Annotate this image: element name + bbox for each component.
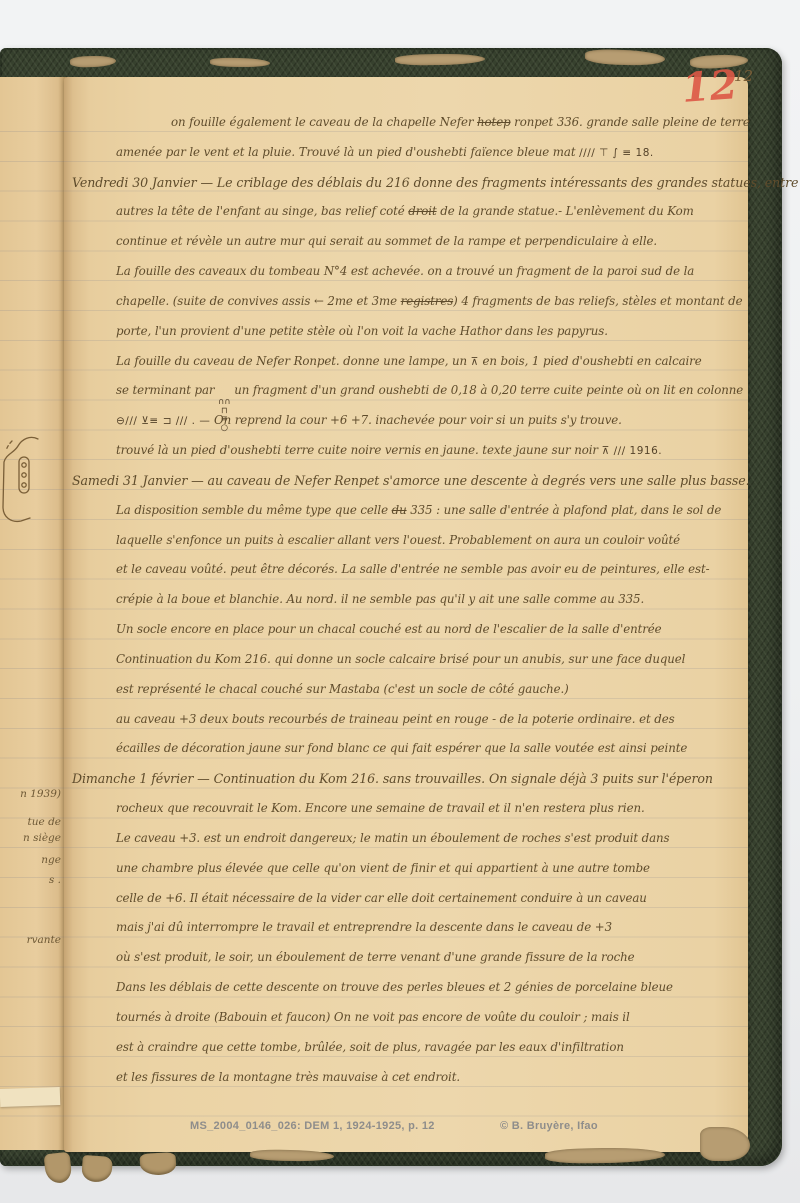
manuscript-line: Samedi 31 Janvier — au caveau de Nefer R… <box>64 466 748 496</box>
manuscript-line: Le caveau +3. est un endroit dangereux; … <box>64 824 748 854</box>
text-segment: crépie à la boue et blanchie. Au nord. i… <box>116 592 644 606</box>
margin-fragment: rvante <box>27 934 61 946</box>
footer-copyright: © B. Bruyère, Ifao <box>500 1120 598 1132</box>
text-segment: La fouille du caveau de Nefer Ronpet. do… <box>116 354 471 368</box>
manuscript-line: rocheux que recouvrait le Kom. Encore un… <box>64 794 748 824</box>
text-segment: est à craindre que cette tombe, brûlée, … <box>116 1040 624 1054</box>
cover-tatter <box>81 1155 113 1183</box>
manuscript-line: Dans les déblais de cette descente on tr… <box>64 973 748 1003</box>
manuscript-line: chapelle. (suite de convives assis ← 2me… <box>64 287 748 317</box>
manuscript-line: trouvé là un pied d'oushebti terre cuite… <box>64 436 748 466</box>
text-segment: Continuation du Kom 216. qui donne un so… <box>116 652 685 666</box>
manuscript-line: La disposition semble du même type que c… <box>64 496 748 526</box>
manuscript-line: tournés à droite (Babouin et faucon) On … <box>64 1003 748 1033</box>
manuscript-line: La fouille du caveau de Nefer Ronpet. do… <box>64 347 748 377</box>
manuscript-line: celle de +6. Il était nécessaire de la v… <box>64 884 748 914</box>
manuscript-line: est à craindre que cette tombe, brûlée, … <box>64 1033 748 1063</box>
manuscript-line: est représenté le chacal couché sur Mast… <box>64 675 748 705</box>
hieroglyph-segment: ⊼ <box>471 356 479 368</box>
manuscript-line: on fouille également le caveau de la cha… <box>64 108 748 138</box>
text-segment: au caveau +3 deux bouts recourbés de tra… <box>116 712 675 726</box>
text-segment: Samedi 31 Janvier — au caveau de Nefer R… <box>72 473 750 488</box>
manuscript-line: Dimanche 1 février — Continuation du Kom… <box>64 764 748 794</box>
text-segment: rocheux que recouvrait le Kom. Encore un… <box>116 801 645 815</box>
manuscript-line: et les fissures de la montagne très mauv… <box>64 1063 748 1093</box>
struck-text: registres <box>401 294 454 308</box>
manuscript-line: crépie à la boue et blanchie. Au nord. i… <box>64 585 748 615</box>
manuscript-page: on fouille également le caveau de la cha… <box>64 77 748 1152</box>
manuscript-line: Continuation du Kom 216. qui donne un so… <box>64 645 748 675</box>
manuscript-line: au caveau +3 deux bouts recourbés de tra… <box>64 705 748 735</box>
manuscript-line: La fouille des caveaux du tombeau N°4 es… <box>64 257 748 287</box>
text-segment: mais j'ai dû interrompre le travail et e… <box>116 920 612 934</box>
text-segment: Dans les déblais de cette descente on tr… <box>116 980 673 994</box>
text-segment: ronpet 336. grande salle pleine de terre <box>511 115 750 129</box>
text-segment: trouvé là un pied d'oushebti terre cuite… <box>116 443 602 457</box>
text-segment: en bois, 1 pied d'oushebti en calcaire <box>479 354 702 368</box>
text-segment: 335 : une salle d'entrée à plafond plat,… <box>407 503 722 517</box>
footer-reference: MS_2004_0146_026: DEM 1, 1924-1925, p. 1… <box>190 1120 435 1132</box>
text-segment: une chambre plus élevée que celle qu'on … <box>116 861 650 875</box>
struck-text: du <box>392 503 407 517</box>
text-segment: Vendredi 30 Janvier — Le criblage des dé… <box>72 175 798 190</box>
manuscript-line: porte, l'un provient d'une petite stèle … <box>64 317 748 347</box>
text-segment: ) 4 fragments de bas reliefs, stèles et … <box>453 294 742 308</box>
manuscript-line: continue et révèle un autre mur qui sera… <box>64 227 748 257</box>
manuscript-line: Un socle encore en place pour un chacal … <box>64 615 748 645</box>
manuscript-line: autres la tête de l'enfant au singe, bas… <box>64 197 748 227</box>
text-segment: autres la tête de l'enfant au singe, bas… <box>116 204 408 218</box>
text-segment: un fragment d'un grand oushebti de 0,18 … <box>231 383 744 397</box>
text-segment: de la grande statue.- L'enlèvement du Ko… <box>437 204 694 218</box>
margin-fragment: n siège <box>23 832 61 844</box>
ruled-lines <box>0 131 66 1131</box>
cover-wear-mark <box>700 1127 750 1161</box>
margin-fragment: n 1939) <box>20 788 61 800</box>
text-segment: La disposition semble du même type que c… <box>116 503 392 517</box>
page-number-stamp: 12 <box>680 61 739 112</box>
struck-text: hotep <box>477 115 510 129</box>
text-segment: Le caveau +3. est un endroit dangereux; … <box>116 831 670 845</box>
text-segment: se terminant par <box>116 383 218 397</box>
text-segment: écailles de décoration jaune sur fond bl… <box>116 741 687 755</box>
margin-fragment: tue de <box>28 816 61 828</box>
text-segment: porte, l'un provient d'une petite stèle … <box>116 324 608 338</box>
margin-fragment: nge <box>41 854 61 866</box>
manuscript-line: mais j'ai dû interrompre le travail et e… <box>64 913 748 943</box>
previous-page-sliver: n 1939)tue den siègenges .rvante <box>0 77 66 1150</box>
cover-wear-mark <box>210 57 270 67</box>
caption-bar: MS_2004_0146_026: DEM 1, 1924-1925, p. 1… <box>64 1120 748 1140</box>
margin-fragment: s . <box>49 874 61 886</box>
text-segment: Un socle encore en place pour un chacal … <box>116 622 662 636</box>
text-segment: laquelle s'enfonce un puits à escalier a… <box>116 533 680 547</box>
manuscript-line: où s'est produit, le soir, un éboulement… <box>64 943 748 973</box>
text-segment: et le caveau voûté. peut être décorés. L… <box>116 562 710 576</box>
page-number-ink: 12 <box>734 67 753 85</box>
manuscript-line: écailles de décoration jaune sur fond bl… <box>64 734 748 764</box>
text-segment: est représenté le chacal couché sur Mast… <box>116 682 569 696</box>
text-segment: où s'est produit, le soir, un éboulement… <box>116 950 634 964</box>
hieroglyph-segment: ⊖∕∕∕ ⊻≡ ⊐ ∕∕∕ . — <box>116 415 210 427</box>
manuscript-line: une chambre plus élevée que celle qu'on … <box>64 854 748 884</box>
manuscript-line: Vendredi 30 Janvier — Le criblage des dé… <box>64 168 748 198</box>
loose-page-edge <box>0 1087 60 1107</box>
text-segment: amenée par le vent et la pluie. Trouvé l… <box>116 145 579 159</box>
text-segment: celle de +6. Il était nécessaire de la v… <box>116 891 647 905</box>
manuscript-line: se terminant par ∩∩⊓≡○ un fragment d'un … <box>64 376 748 406</box>
cover-tatter <box>139 1152 176 1176</box>
text-segment: et les fissures de la montagne très mauv… <box>116 1070 460 1084</box>
manuscript-line: ⊖∕∕∕ ⊻≡ ⊐ ∕∕∕ . — On reprend la cour +6 … <box>64 406 748 436</box>
text-segment: chapelle. (suite de convives assis ← 2me… <box>116 294 401 308</box>
cover-tatter <box>44 1152 73 1185</box>
scanned-notebook-photo: n 1939)tue den siègenges .rvante on foui… <box>0 0 800 1203</box>
manuscript-line: amenée par le vent et la pluie. Trouvé l… <box>64 138 748 168</box>
hieroglyph-segment: ⊼ ∕∕∕ 1916. <box>602 445 663 457</box>
text-segment: on fouille également le caveau de la cha… <box>171 115 477 129</box>
margin-sketch <box>0 435 44 535</box>
text-segment: La fouille des caveaux du tombeau N°4 es… <box>116 264 694 278</box>
text-segment: tournés à droite (Babouin et faucon) On … <box>116 1010 630 1024</box>
manuscript-text: on fouille également le caveau de la cha… <box>64 108 748 1092</box>
manuscript-line: laquelle s'enfonce un puits à escalier a… <box>64 526 748 556</box>
text-segment: On reprend la cour +6 +7. inachevée pour… <box>210 413 621 427</box>
text-segment: Dimanche 1 février — Continuation du Kom… <box>72 771 713 786</box>
hieroglyph-segment: ∕∕∕∕ ⊤ ∫ ≡ 18. <box>579 147 654 159</box>
manuscript-line: et le caveau voûté. peut être décorés. L… <box>64 555 748 585</box>
struck-text: droit <box>408 204 436 218</box>
text-segment: continue et révèle un autre mur qui sera… <box>116 234 657 248</box>
